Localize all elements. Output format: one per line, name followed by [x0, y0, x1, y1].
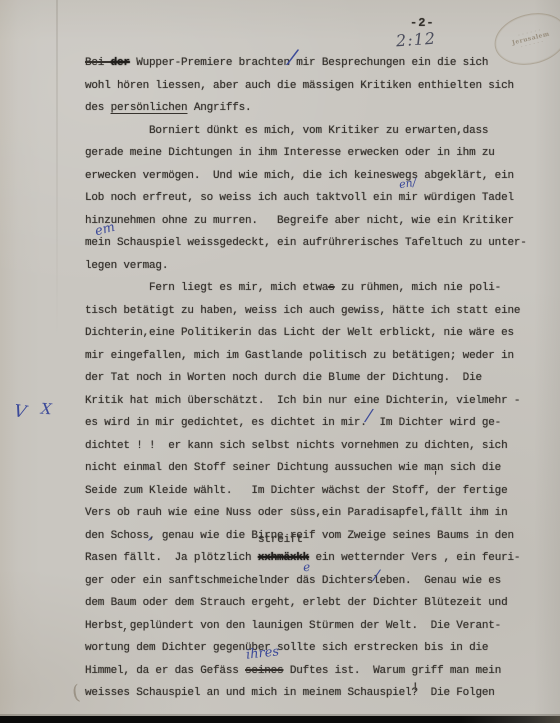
typed-line: tisch betätigt zu haben, weiss ich auch … [85, 300, 537, 323]
typed-line: des persönlichen Angriffs. [85, 97, 537, 120]
typed-line: der Tat noch in Worten noch durch die Bl… [85, 367, 537, 390]
typed-line: nicht einmal den Stoff seiner Dichtung a… [85, 457, 537, 480]
typed-line: Bei der Wupper-Premiere brachten mir Bes… [85, 52, 537, 75]
typed-line: Seide zum Kleide wählt. Im Dichter wächs… [85, 480, 537, 503]
typed-line: Herbst geplündert von den launigen Stürm… [85, 615, 537, 638]
typed-line: Rasen fällt. Ja plötzlich xxhmäxkk ein w… [85, 547, 537, 570]
typed-line: mein Schauspiel weissgedeckt, ein aufrüh… [85, 232, 537, 255]
typed-line: gerade meine Dichtungen in ihm Interesse… [85, 142, 537, 165]
scan-edge-bar [0, 716, 560, 723]
paper-smudge: ( [70, 680, 81, 705]
typed-line: mir eingefallen, mich im Gastlande polit… [85, 345, 537, 368]
typed-line: ger oder ein sanftschmeichelnder däs Dic… [85, 570, 537, 593]
typed-line: Lob noch erfreut, so weiss ich auch takt… [85, 187, 537, 210]
typed-line: hinzunehmen ohne zu murren. Begreife abe… [85, 210, 537, 233]
typed-line: wohl hören liessen, aber auch die mässig… [85, 75, 537, 98]
typed-line: es wird in mir gedichtet, es dichtet in … [85, 412, 537, 435]
typed-line: dem Baum oder dem Strauch ergeht, erlebt… [85, 592, 537, 615]
typed-line: Dichterin,eine Politikerin das Licht der… [85, 322, 537, 345]
typed-line: Fern liegt es mir, mich etwas zu rühmen,… [85, 277, 537, 300]
margin-check-mark: V [13, 401, 28, 423]
manuscript-page: -2- 2:12 · · · · · · Jerusalem · · · · ·… [0, 0, 560, 723]
typed-line: Kritik hat mich überschätzt. Ich bin nur… [85, 390, 537, 413]
typed-line: den Schoss, genau wie die Birne reif vom… [85, 525, 537, 548]
typed-line: dichtet ! ! er kann sich selbst nichts v… [85, 435, 537, 458]
typed-text-block: Bei der Wupper-Premiere brachten mir Bes… [85, 52, 537, 705]
typed-line: Vers ob rauh wie eine Nuss oder süss,ein… [85, 502, 537, 525]
paper-crease [56, 0, 58, 340]
typed-line: weisses Schauspiel an und mich in meinem… [85, 682, 537, 705]
typed-line: wortung dem Dichter gegenüber sollte sic… [85, 637, 537, 660]
archive-number-handwritten: 2:12 [395, 29, 436, 51]
typed-line: Borniert dünkt es mich, vom Kritiker zu … [85, 120, 537, 143]
typed-line: legen vermag. [85, 255, 537, 278]
margin-x-mark: X [40, 400, 52, 419]
typed-line: Himmel, da er das Gefäss seines Duftes i… [85, 660, 537, 683]
typed-line: erwecken vermögen. Und wie mich, die ich… [85, 165, 537, 188]
